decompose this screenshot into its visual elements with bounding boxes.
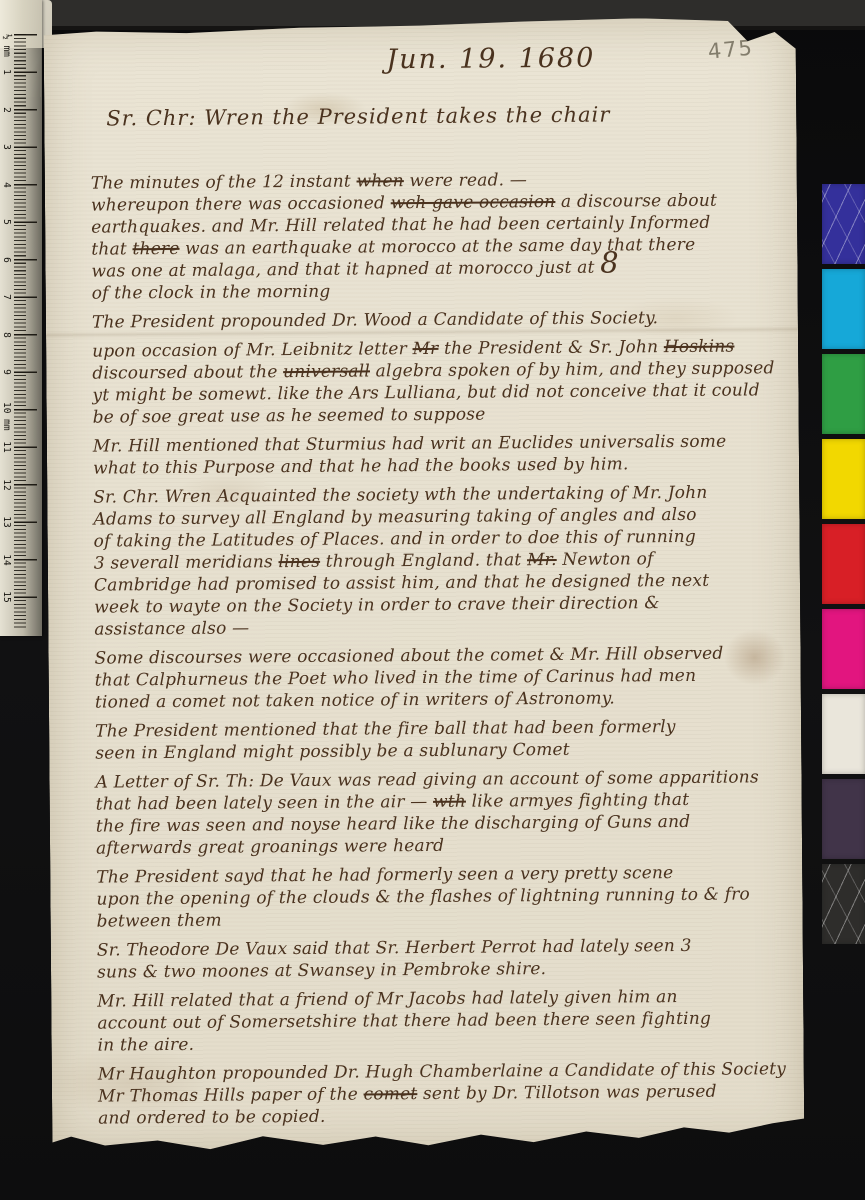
handwritten-text: 3 severall meridians [94,552,279,573]
ruler-number: 8 [0,327,12,343]
handwritten-text: a discourse about [555,191,717,212]
ruler-number: ½ mm [0,34,12,50]
color-patch-white [822,694,865,774]
handwritten-text: The President propounded Dr. Wood a Cand… [92,308,658,332]
manuscript-line: what to this Purpose and that he had the… [93,452,795,480]
ruler-number: 7 [0,289,12,305]
handwritten-text: of the clock in the morning [92,282,331,304]
manuscript-line: assistance also — [94,613,796,641]
ruler-number: 10 mm [0,402,12,418]
handwritten-text: account out of Somersetshire that there … [97,1009,711,1034]
handwritten-text: and ordered to be copied. [98,1107,326,1129]
handwritten-text: yt might be somewt. like the Ars Lullian… [92,380,759,405]
ruler-number: 1 [0,64,12,80]
handwritten-text: tioned a comet not taken notice of in wr… [95,689,615,713]
handwritten-text: were read. — [404,170,527,191]
folio-number: 475 [707,35,755,63]
manuscript-text: The minutes of the 12 instant when were … [91,167,800,1129]
handwritten-text: whereupon there was occasioned [91,193,391,215]
ruler-number: 14 [0,552,12,568]
handwritten-text: like armyes fighting that [466,790,689,812]
color-patch-magenta [822,609,865,689]
measurement-ruler: ½ mm12345678910 mm1112131415 [0,0,42,636]
handwritten-text: The minutes of the 12 instant [91,172,357,194]
handwritten-text: seen in England might possibly be a subl… [95,740,570,764]
ruler-number: 11 [0,439,12,455]
color-patch-dark-blue [822,184,865,264]
handwritten-text: discoursed about the [92,362,283,383]
photograph-of-manuscript: ½ mm12345678910 mm1112131415 475 Jun. 19… [0,0,865,1200]
handwritten-text: between them [97,911,222,932]
struck-text: Hoskins [664,337,735,358]
handwritten-text: Mr. Hill mentioned that Sturmius had wri… [93,432,727,457]
manuscript-line: The President propounded Dr. Wood a Cand… [92,306,794,334]
ruler-number: 9 [0,364,12,380]
handwritten-text: that [91,239,132,259]
handwritten-text: assistance also — [94,618,249,639]
ruler-number: 13 [0,514,12,530]
color-patch-yellow [822,439,865,519]
color-patch-dark-purple [822,779,865,859]
color-patch-cyan [822,269,865,349]
handwritten-text: afterwards great groanings were heard [96,836,444,859]
handwritten-text: was one at malaga, and that it hapned at… [91,258,600,282]
struck-text: Mr [412,339,438,359]
handwritten-text: The President mentioned that the fire ba… [95,717,676,742]
ruler-number: 12 [0,477,12,493]
manuscript-line: suns & two moones at Swansey in Pembroke… [97,956,799,984]
manuscript-line: afterwards great groanings were heard [96,832,798,860]
handwritten-text: the fire was seen and noyse heard like t… [96,812,691,837]
handwritten-text: sent by Dr. Tillotson was perused [417,1082,716,1104]
manuscript-line: tioned a comet not taken notice of in wr… [95,686,797,714]
struck-text: comet [363,1084,417,1104]
handwritten-text: be of soe great use as he seemed to supp… [93,405,486,428]
struck-text: wch gave occasion [391,192,556,213]
session-heading: Sr. Chr: Wren the President takes the ch… [106,103,610,131]
color-calibration-chart [822,184,865,950]
struck-text: there [132,239,179,259]
manuscript-line: and ordered to be copied. [98,1102,800,1130]
ruler-major-ticks [14,34,37,628]
color-patch-black-silver [822,864,865,944]
manuscript-line: be of soe great use as he seemed to supp… [93,401,795,429]
struck-text: wth [433,792,466,812]
handwritten-text: in the aire. [98,1035,195,1056]
manuscript-page: 475 Jun. 19. 1680 Sr. Chr: Wren the Pres… [44,17,805,1155]
struck-text: universall [283,361,370,382]
handwritten-text: through England. that [320,550,527,572]
color-patch-green [822,354,865,434]
background-mat-band [0,0,865,26]
date-heading: Jun. 19. 1680 [366,42,616,75]
handwritten-text: what to this Purpose and that he had the… [93,454,629,478]
handwritten-text: upon occasion of Mr. Leibnitz letter [92,339,413,362]
ruler-number: 4 [0,177,12,193]
handwritten-text: Newton of [557,549,654,570]
handwritten-text: Mr Thomas Hills paper of the [98,1084,364,1106]
handwritten-text: upon the opening of the clouds & the fla… [96,884,750,909]
ruler-number: 3 [0,139,12,155]
manuscript-line: of the clock in the morning [92,277,794,305]
handwritten-text: 8 [600,245,619,279]
ruler-number: 6 [0,252,12,268]
ruler-number: 5 [0,214,12,230]
handwritten-text: suns & two moones at Swansey in Pembroke… [97,959,546,983]
ruler-number: 15 [0,589,12,605]
struck-text: when [356,171,403,191]
manuscript-line: seen in England might possibly be a subl… [95,737,797,765]
struck-text: lines [278,552,320,572]
handwritten-text: the President & Sr. John [438,337,664,359]
handwritten-text: that had been lately seen in the air — [96,792,433,815]
color-patch-red [822,524,865,604]
handwritten-text: algebra spoken of by him, and they suppo… [370,358,775,381]
handwritten-text: Sr. Theodore De Vaux said that Sr. Herbe… [97,936,692,961]
ruler-number: 2 [0,102,12,118]
struck-text: Mr. [527,550,557,570]
handwritten-text: week to wayte on the Society in order to… [94,593,660,617]
manuscript-line: between them [97,905,799,933]
